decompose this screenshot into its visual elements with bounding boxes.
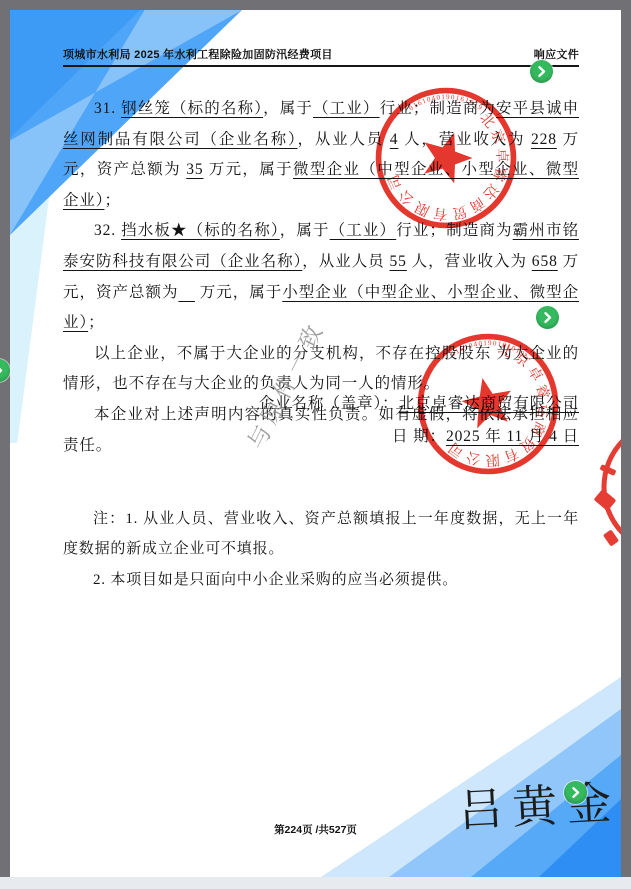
note-line: 2. 本项目如是只面向中小企业采购的应当必须提供。	[63, 565, 579, 595]
company-seal-stamp-top: 北京卓睿达商贸有限公司 0161040190161019	[370, 82, 522, 234]
notes: 注：1. 从业人员、营业收入、资产总额填报上一年度数据，无上一年度数据的新成立企…	[63, 504, 579, 595]
chevron-right-icon	[0, 364, 5, 377]
nav-next-button-left-edge[interactable]	[0, 359, 10, 382]
chevron-right-icon	[535, 65, 548, 78]
chevron-right-icon	[541, 311, 554, 324]
document-page: 项城市水利局 2025 年水利工程除险加固防汛经费项目 响应文件 31. 钢丝笼…	[10, 10, 621, 877]
nav-next-button-middle[interactable]	[536, 306, 559, 329]
stamp-fragment-right-edge	[570, 415, 621, 575]
note-line: 注：1. 从业人员、营业收入、资产总额填报上一年度数据，无上一年度数据的新成立企…	[63, 504, 579, 565]
viewer-bottom-gap	[0, 877, 631, 889]
page-header: 项城市水利局 2025 年水利工程除险加固防汛经费项目 响应文件	[63, 46, 579, 67]
company-seal-stamp-bottom: 北京卓睿达商贸有限公司 0161040190161019	[412, 328, 564, 480]
nav-next-button-bottom[interactable]	[564, 781, 587, 804]
seal-company-text: 北京卓睿达商贸有限公司	[442, 338, 564, 480]
nav-next-button-top[interactable]	[530, 60, 553, 83]
handwritten-signature: 吕黄金	[456, 766, 621, 839]
chevron-right-icon	[569, 786, 582, 799]
header-project-title: 项城市水利局 2025 年水利工程除险加固防汛经费项目	[63, 46, 333, 62]
document-viewer: { "header": { "left_title": "项城市水利局 2025…	[0, 0, 631, 889]
paragraph: 32. 挡水板★（标的名称），属于（工业）行业；制造商为霸州市铭泰安防科技有限公…	[63, 216, 579, 338]
svg-text:北京卓睿达商贸有限公司: 北京卓睿达商贸有限公司	[442, 338, 564, 480]
